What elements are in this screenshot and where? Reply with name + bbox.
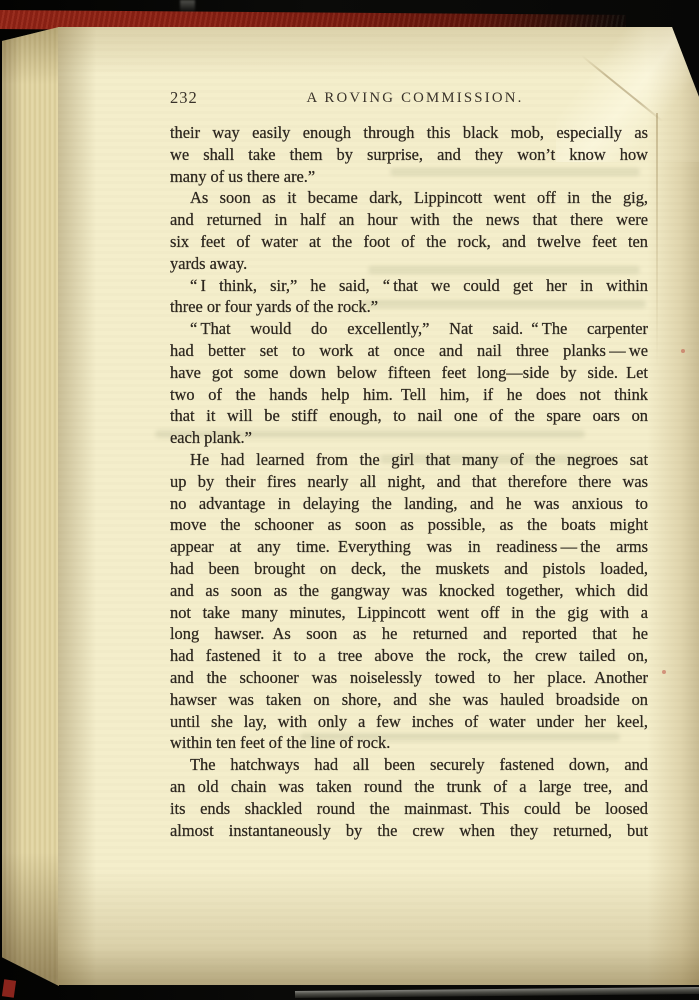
paragraph: “ That would do excellently,” Nat said. …	[170, 318, 648, 449]
foxing-speck	[681, 349, 685, 353]
corner-crease-vertical	[656, 113, 658, 368]
text-line: long hawser. As soon as he returned and …	[170, 623, 648, 645]
text-line: within ten feet of the line of rock.	[170, 732, 648, 754]
text-line: had been brought on deck, the muskets an…	[170, 558, 648, 580]
text-line: yards away.	[170, 253, 648, 275]
book-page: 232 A ROVING COMMISSION. their way easil…	[58, 27, 699, 985]
text-line: The hatchways had all been securely fast…	[170, 754, 648, 776]
paragraph: He had learned from the girl that many o…	[170, 449, 648, 754]
page-right-shading	[647, 27, 699, 985]
running-header: 232 A ROVING COMMISSION.	[170, 88, 648, 108]
text-line: hawser was taken on shore, and she was h…	[170, 689, 648, 711]
text-line: move the schooner as soon as possible, a…	[170, 514, 648, 536]
text-line: each plank.”	[170, 427, 648, 449]
text-line: up by their fires nearly all night, and …	[170, 471, 648, 493]
text-line: three or four yards of the rock.”	[170, 296, 648, 318]
text-line: their way easily enough through this bla…	[170, 122, 648, 144]
text-line: until she lay, with only a few inches of…	[170, 711, 648, 733]
text-line: many of us there are.”	[170, 166, 648, 188]
text-line: “ I think, sir,” he said, “ that we coul…	[170, 275, 648, 297]
text-line: not take many minutes, Lippincott went o…	[170, 602, 648, 624]
table-edge-highlight	[295, 987, 699, 998]
text-line: have got some down below fifteen feet lo…	[170, 362, 648, 384]
text-line: “ That would do excellently,” Nat said. …	[170, 318, 648, 340]
text-line: we shall take them by surprise, and they…	[170, 144, 648, 166]
text-line: that it will be stiff enough, to nail on…	[170, 405, 648, 427]
text-line: As soon as it became dark, Lippincott we…	[170, 187, 648, 209]
text-line: had fastened it to a tree above the rock…	[170, 645, 648, 667]
foxing-speck	[662, 670, 666, 674]
book-photo: 232 A ROVING COMMISSION. their way easil…	[0, 0, 699, 1000]
text-line: appear at any time. Everything was in re…	[170, 536, 648, 558]
text-line: and as soon as the gangway was knocked t…	[170, 580, 648, 602]
text-line: no advantage in delaying the landing, an…	[170, 493, 648, 515]
text-line: and the schooner was noiselessly towed t…	[170, 667, 648, 689]
paragraph: their way easily enough through this bla…	[170, 122, 648, 187]
running-title: A ROVING COMMISSION.	[176, 90, 654, 107]
text-line: almost instantaneously by the crew when …	[170, 820, 648, 842]
paragraph: “ I think, sir,” he said, “ that we coul…	[170, 275, 648, 319]
text-line: two of the hands help him. Tell him, if …	[170, 384, 648, 406]
text-line: six feet of water at the foot of the roc…	[170, 231, 648, 253]
text-line: He had learned from the girl that many o…	[170, 449, 648, 471]
text-line: had better set to work at once and nail …	[170, 340, 648, 362]
text-line: its ends shackled round the mainmast. Th…	[170, 798, 648, 820]
paragraph: The hatchways had all been securely fast…	[170, 754, 648, 841]
text-line: an old chain was taken round the trunk o…	[170, 776, 648, 798]
book-cover-bottom-corner	[2, 979, 16, 998]
paragraph: As soon as it became dark, Lippincott we…	[170, 187, 648, 274]
page-edge-stack	[2, 27, 59, 986]
text-line: and returned in half an hour with the ne…	[170, 209, 648, 231]
backdrop-smudge	[180, 0, 195, 13]
page-body: their way easily enough through this bla…	[170, 122, 648, 841]
